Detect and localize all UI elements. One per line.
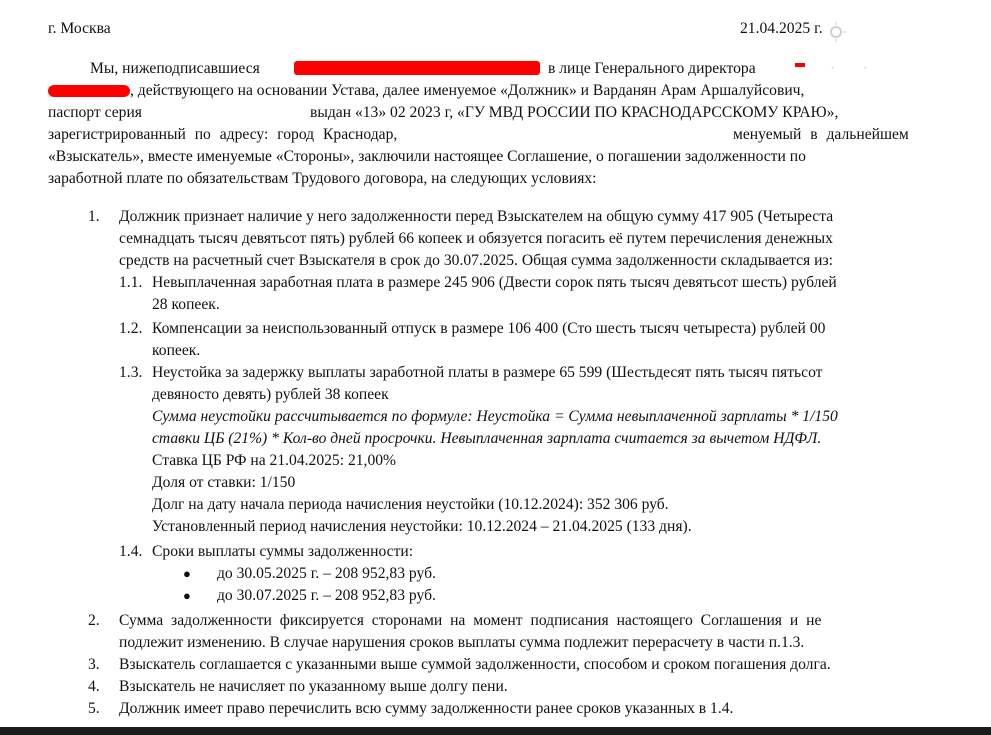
- formula-text: Сумма неустойки рассчитывается по формул…: [152, 406, 838, 428]
- item-number: 5.: [88, 698, 100, 720]
- debt-at-start: Долг на дату начала периода начисления н…: [152, 494, 669, 516]
- subitem-text: копеек.: [152, 340, 200, 362]
- item-number: 1.: [88, 206, 100, 228]
- preamble-line-3-start: паспорт серия: [48, 102, 142, 124]
- loading-cursor-icon: [826, 22, 846, 42]
- cb-rate: Ставка ЦБ РФ на 21.04.2025: 21,00%: [152, 450, 396, 472]
- preamble-line-1-end: в лице Генерального директора: [548, 58, 756, 80]
- bullet-icon: ●: [183, 585, 191, 607]
- subitem-text: Сроки выплаты суммы задолженности:: [152, 541, 413, 563]
- accrual-period: Установленный период начисления неустойк…: [152, 516, 692, 538]
- redaction: [48, 85, 130, 97]
- subitem-text: Неустойка за задержку выплаты заработной…: [152, 362, 822, 384]
- item-text-line: семнадцать тысяч девятьсот пять) рублей …: [119, 228, 833, 250]
- item-text-line: подлежит изменению. В случае нарушения с…: [119, 632, 804, 654]
- item-text-line: Сумма задолженности фиксируется сторонам…: [119, 610, 821, 632]
- item-text-line: Взыскатель соглашается с указанными выше…: [119, 654, 831, 676]
- subitem-number: 1.1.: [119, 272, 142, 294]
- redaction: [294, 61, 540, 75]
- preamble-line-4-start: зарегистрированный по адресу: город Крас…: [48, 124, 397, 146]
- document-date: 21.04.2025 г.: [740, 18, 823, 40]
- subitem-text: 28 копеек.: [152, 294, 220, 316]
- document-city: г. Москва: [48, 18, 111, 40]
- payment-schedule-item: до 30.07.2025 г. – 208 952,83 руб.: [217, 585, 436, 607]
- preamble-line-4-end: менуемый в дальнейшем: [733, 124, 909, 146]
- item-text-line: Должник имеет право перечислить всю сумм…: [119, 698, 733, 720]
- item-text-line: средств на расчетный счет Взыскателя в с…: [119, 250, 833, 272]
- subitem-number: 1.3.: [119, 362, 142, 384]
- subitem-number: 1.4.: [119, 541, 142, 563]
- item-text-line: Должник признает наличие у него задолжен…: [119, 206, 833, 228]
- preamble-line-5: «Взыскатель», вместе именуемые «Стороны»…: [48, 146, 806, 168]
- bullet-icon: ●: [183, 563, 191, 585]
- page-bottom-edge: [0, 727, 991, 735]
- preamble-line-6: заработной плате по обязательствам Трудо…: [48, 168, 597, 190]
- preamble-line-3-end: выдан «13» 02 2023 г, «ГУ МВД РОССИИ ПО …: [310, 102, 838, 124]
- subitem-text: девяносто девять) рублей 38 копеек: [152, 384, 389, 406]
- item-number: 2.: [88, 610, 100, 632]
- document-page: г. Москва 21.04.2025 г. Мы, нижеподписав…: [0, 0, 991, 727]
- formula-text: ставки ЦБ (21%) * Кол-во дней просрочки.…: [152, 428, 821, 450]
- preamble-line-1-start: Мы, нижеподписавшиеся: [90, 58, 260, 80]
- subitem-text: Компенсации за неиспользованный отпуск в…: [152, 318, 825, 340]
- payment-schedule-item: до 30.05.2025 г. – 208 952,83 руб.: [217, 563, 436, 585]
- subitem-number: 1.2.: [119, 318, 142, 340]
- subitem-text: Невыплаченная заработная плата в размере…: [152, 272, 837, 294]
- rate-share: Доля от ставки: 1/150: [152, 472, 295, 494]
- redaction: [795, 63, 805, 67]
- item-text-line: Взыскатель не начисляет по указанному вы…: [119, 676, 508, 698]
- preamble-line-2: , действующего на основании Устава, дале…: [130, 80, 804, 102]
- faded-text: · ·: [830, 58, 868, 80]
- item-number: 4.: [88, 676, 100, 698]
- item-number: 3.: [88, 654, 100, 676]
